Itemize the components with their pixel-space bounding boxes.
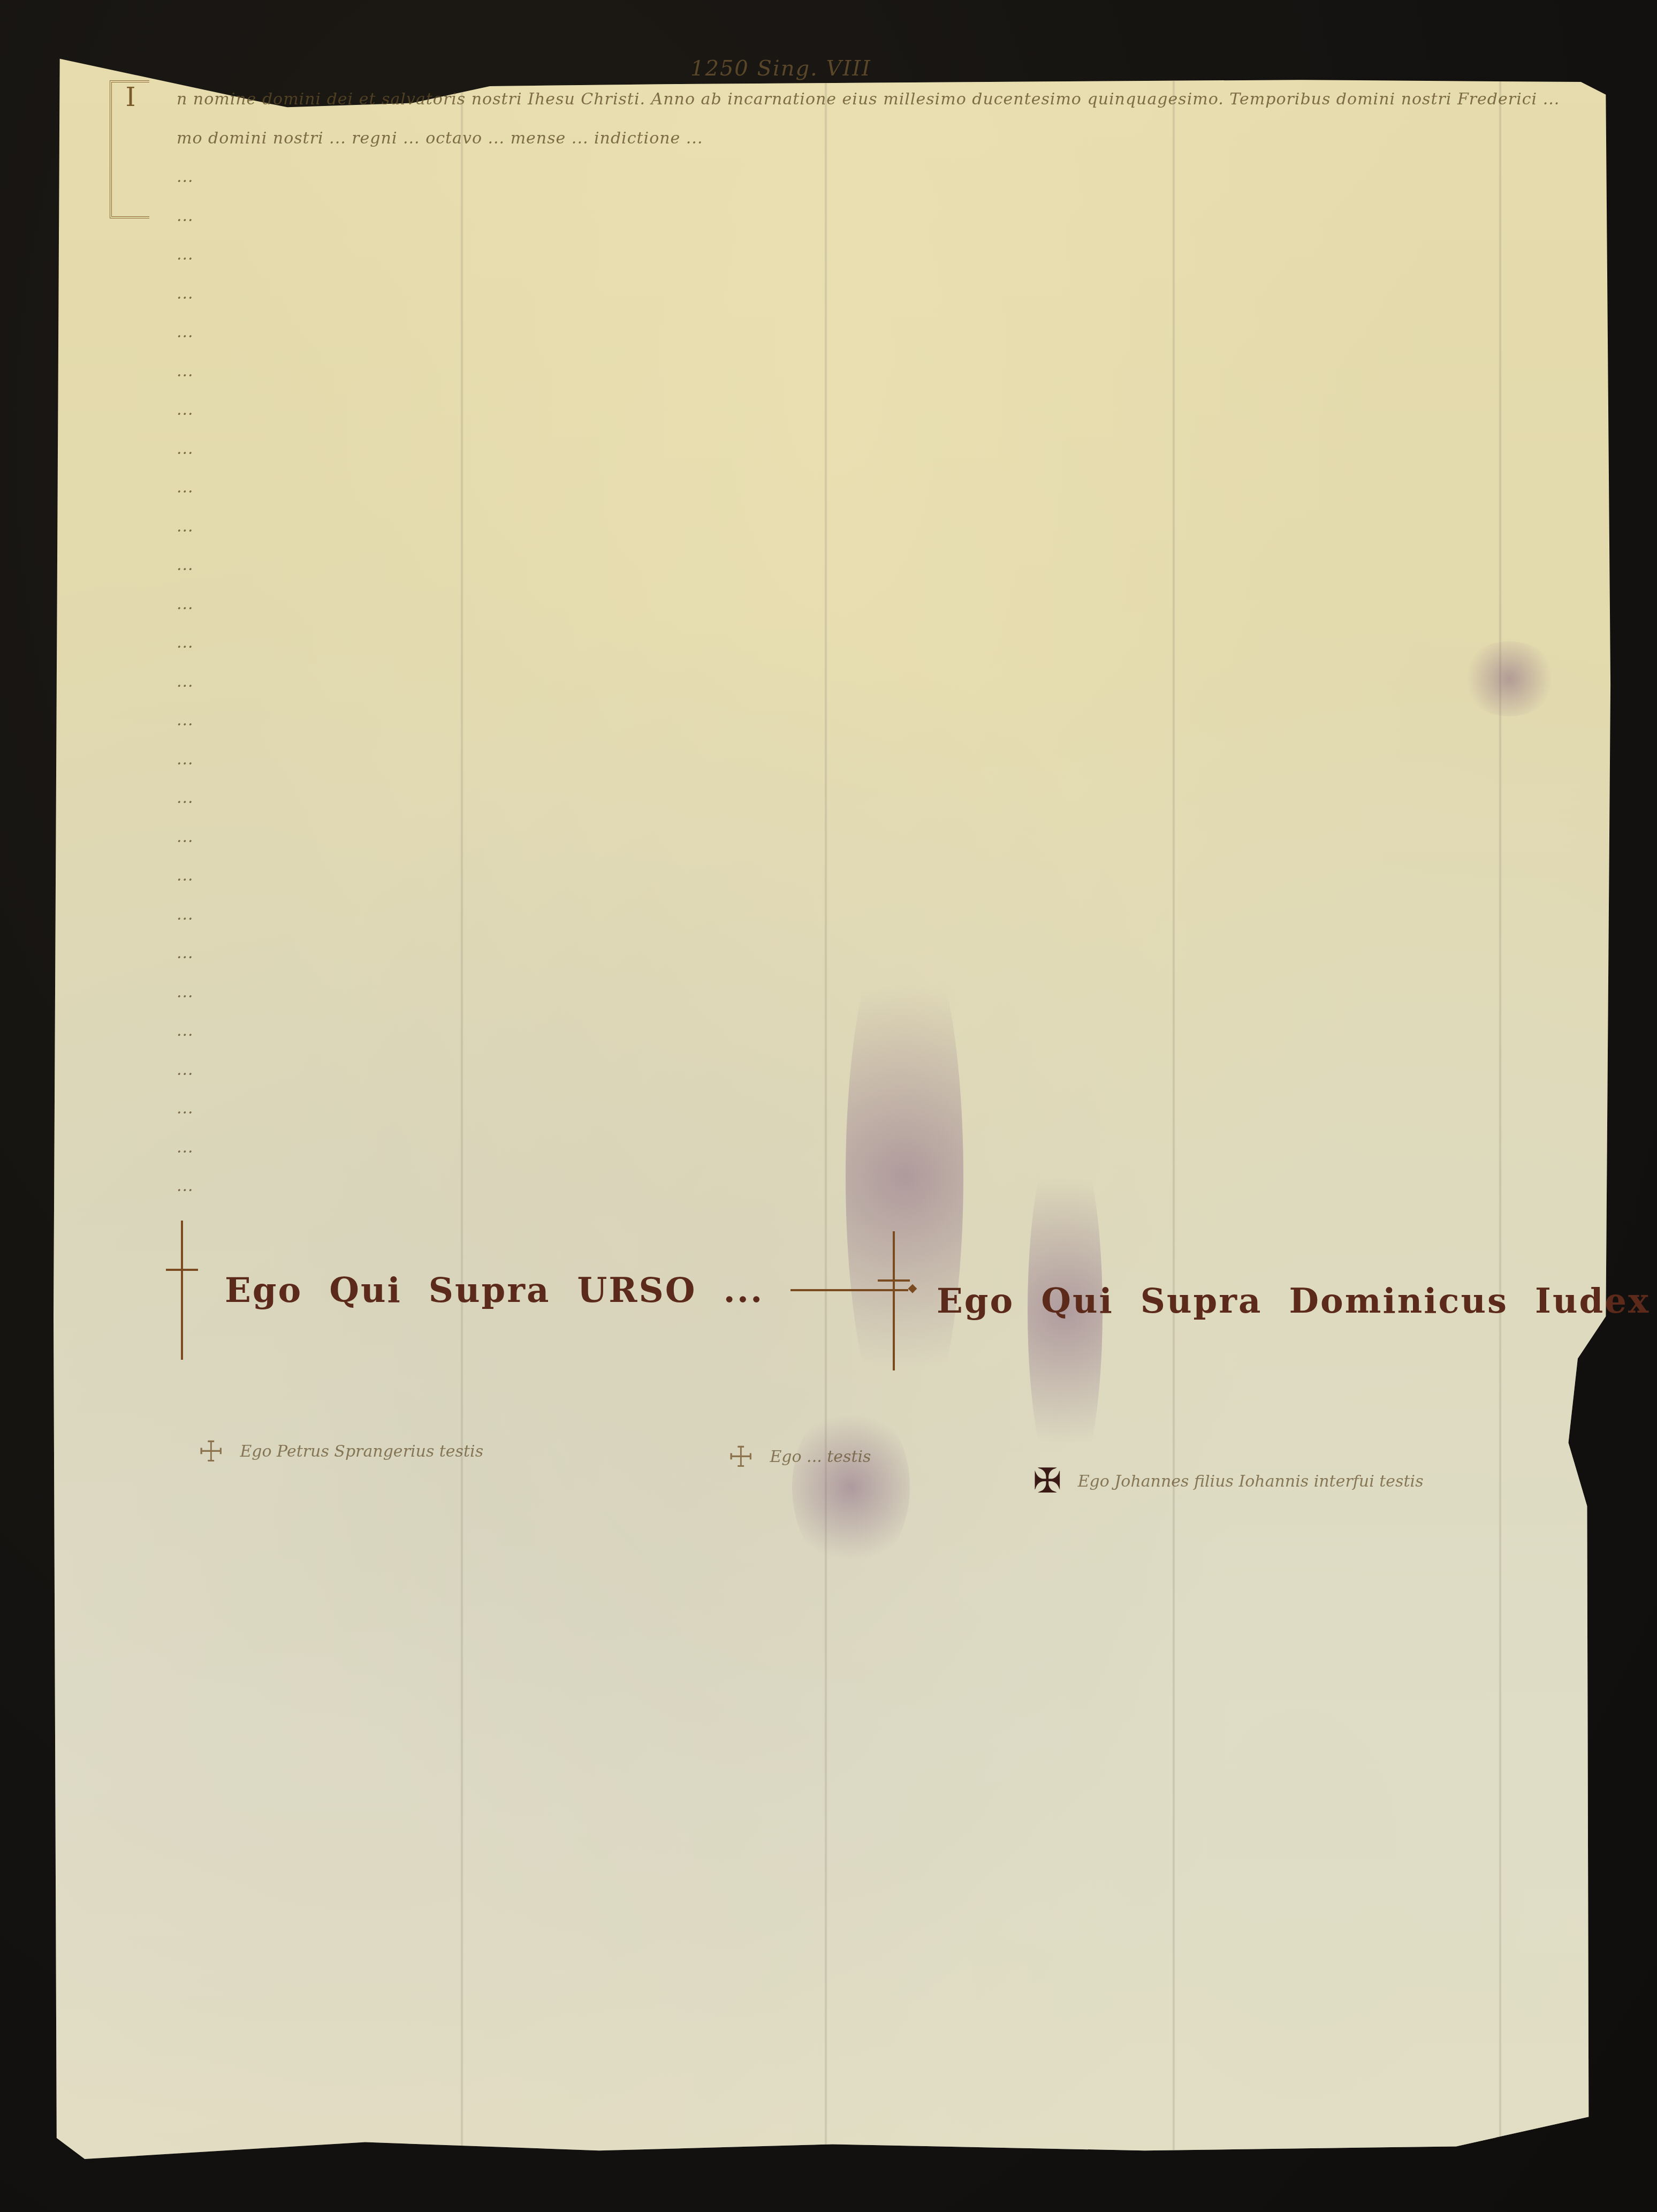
text-line: ... (177, 313, 1584, 352)
signature-word: Iudex (1535, 1281, 1650, 1321)
signature-right: Ego Qui Supra Dominicus Iudex (878, 1231, 1657, 1370)
cross-icon (878, 1231, 910, 1370)
text-line: ... (177, 1089, 1584, 1128)
text-line: ... (177, 624, 1584, 663)
text-line: ... (177, 1051, 1584, 1090)
ink-stain (792, 1402, 910, 1573)
signature-word: Qui (329, 1270, 402, 1310)
text-line: ... (177, 818, 1584, 857)
signature-left: Ego Qui Supra URSO ... (166, 1221, 908, 1360)
text-line: ... (177, 430, 1584, 469)
text-line: ... (177, 934, 1584, 973)
cross-icon: ☩ (728, 1440, 754, 1474)
text-line: mo domini nostri ... regni ... octavo ..… (177, 119, 1584, 158)
text-line: ... (177, 546, 1584, 585)
text-line: ... (177, 158, 1584, 197)
archival-annotation: 1250 Sing. VIII (690, 56, 871, 81)
cross-icon (166, 1221, 198, 1360)
witness-line: ☩ Ego Petrus Sprangerius testis (198, 1435, 483, 1468)
witness-text: Ego Petrus Sprangerius testis (240, 1442, 483, 1461)
cross-icon: ✠ (1033, 1461, 1062, 1501)
signature-word: URSO (577, 1270, 697, 1310)
text-line: ... (177, 1167, 1584, 1206)
text-line: n nomine domini dei et salvatoris nostri… (177, 80, 1584, 119)
text-line: ... (177, 507, 1584, 547)
signature-word: Ego (225, 1270, 302, 1310)
text-line: ... (177, 468, 1584, 507)
cross-icon: ☩ (198, 1435, 224, 1468)
text-line: ... (177, 740, 1584, 779)
text-line: ... (177, 896, 1584, 935)
signature-word: Dominicus (1289, 1281, 1509, 1321)
text-line: ... (177, 779, 1584, 818)
signature-word: Ego (937, 1281, 1014, 1321)
witness-line: ☩ Ego ... testis (728, 1440, 871, 1474)
text-line: ... (177, 236, 1584, 275)
text-line: ... (177, 973, 1584, 1012)
text-line: ... (177, 197, 1584, 236)
text-line: ... (177, 1012, 1584, 1051)
signature-word: ... (723, 1270, 764, 1310)
decorated-initial: I (110, 80, 149, 218)
text-line: ... (177, 585, 1584, 624)
text-line: ... (177, 1128, 1584, 1168)
signature-word: Supra (1141, 1281, 1263, 1321)
text-line: ... (177, 701, 1584, 740)
charter-body-text: n nomine domini dei et salvatoris nostri… (177, 80, 1584, 1206)
text-line: ... (177, 352, 1584, 391)
text-line: ... (177, 391, 1584, 430)
signature-word: Supra (429, 1270, 551, 1310)
witness-text: Ego ... testis (770, 1448, 871, 1466)
witness-text: Ego Johannes filius Iohannis interfui te… (1078, 1472, 1424, 1491)
text-line: ... (177, 275, 1584, 314)
signature-word: Qui (1041, 1281, 1114, 1321)
text-line: ... (177, 857, 1584, 896)
witness-line: ✠ Ego Johannes filius Iohannis interfui … (1033, 1461, 1424, 1501)
text-line: ... (177, 663, 1584, 702)
